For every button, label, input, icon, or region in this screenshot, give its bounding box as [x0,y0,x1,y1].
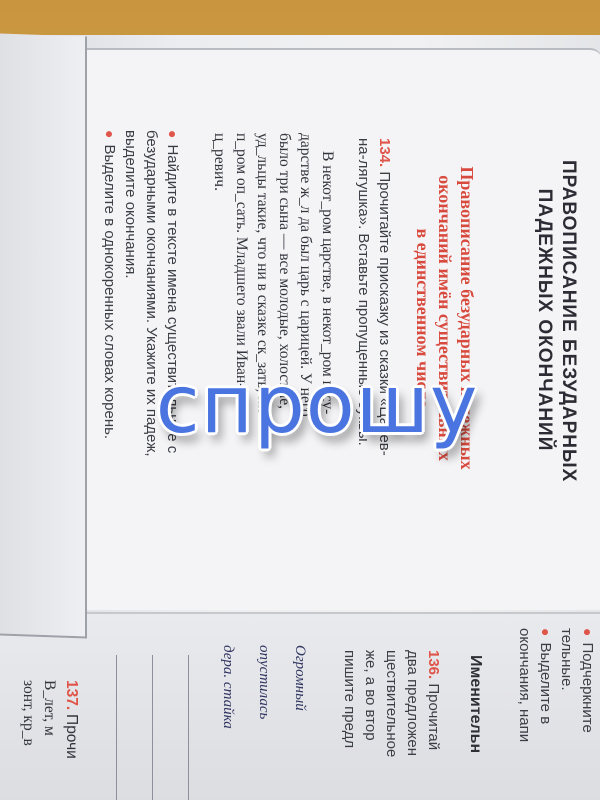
handwritten-line: опустилась [246,645,282,729]
bullet-text: окончания, напи [514,628,535,742]
section-title-line: ПАДЕЖНЫХ ОКОНЧАНИЙ [532,160,556,480]
bullet-icon: ● [102,130,118,138]
handwritten-line: дера. стайка [210,645,246,729]
answer-line [116,655,117,800]
bullet-text: Подчеркните [579,642,596,732]
bullet-text: Выделите в [537,642,554,724]
next-page-bullets: ●Подчеркните тельные. ●Выделите в оконча… [514,628,598,742]
text-line: Прочитай [425,683,442,750]
exercise-136: 136. Прочитай два предложен ществительно… [339,650,444,757]
paper-flap [0,33,87,638]
next-page-heading: Именительн [466,655,484,753]
text-line: зонт, кр_в [18,680,40,759]
exercise-137: 137. Прочи В_лет, м зонт, кр_в [18,680,83,759]
answer-line [152,655,153,800]
heading-text: Именительн [467,655,484,753]
handwritten-answers: Огромный опустилась дера. стайка [210,645,318,729]
text-line: же, а во втор [360,650,381,757]
text-line: пишите предл [339,650,360,757]
section-title: ПРАВОПИСАНИЕ БЕЗУДАРНЫХ ПАДЕЖНЫХ ОКОНЧАН… [532,160,580,480]
text-line: ществительное [381,650,402,757]
answer-line [188,655,189,800]
exercise-number: 134. [376,138,393,167]
text-line: два предложен [402,650,423,757]
exercise-number: 137. [63,680,80,710]
exercise-number: 136. [425,650,442,679]
handwritten-line: Огромный [282,645,318,729]
section-title-line: ПРАВОПИСАНИЕ БЕЗУДАРНЫХ [556,160,580,480]
text-line: Прочи [63,714,80,759]
overlay-caption: спрошу [132,355,502,455]
bullet-icon: ● [538,628,554,636]
bullet-icon: ● [165,130,181,138]
text-line: В_лет, м [39,680,61,759]
bullet-icon: ● [580,628,596,636]
task-line: Выделите в однокоренных словах корень. [101,144,118,439]
bullet-text: тельные. [556,628,577,742]
